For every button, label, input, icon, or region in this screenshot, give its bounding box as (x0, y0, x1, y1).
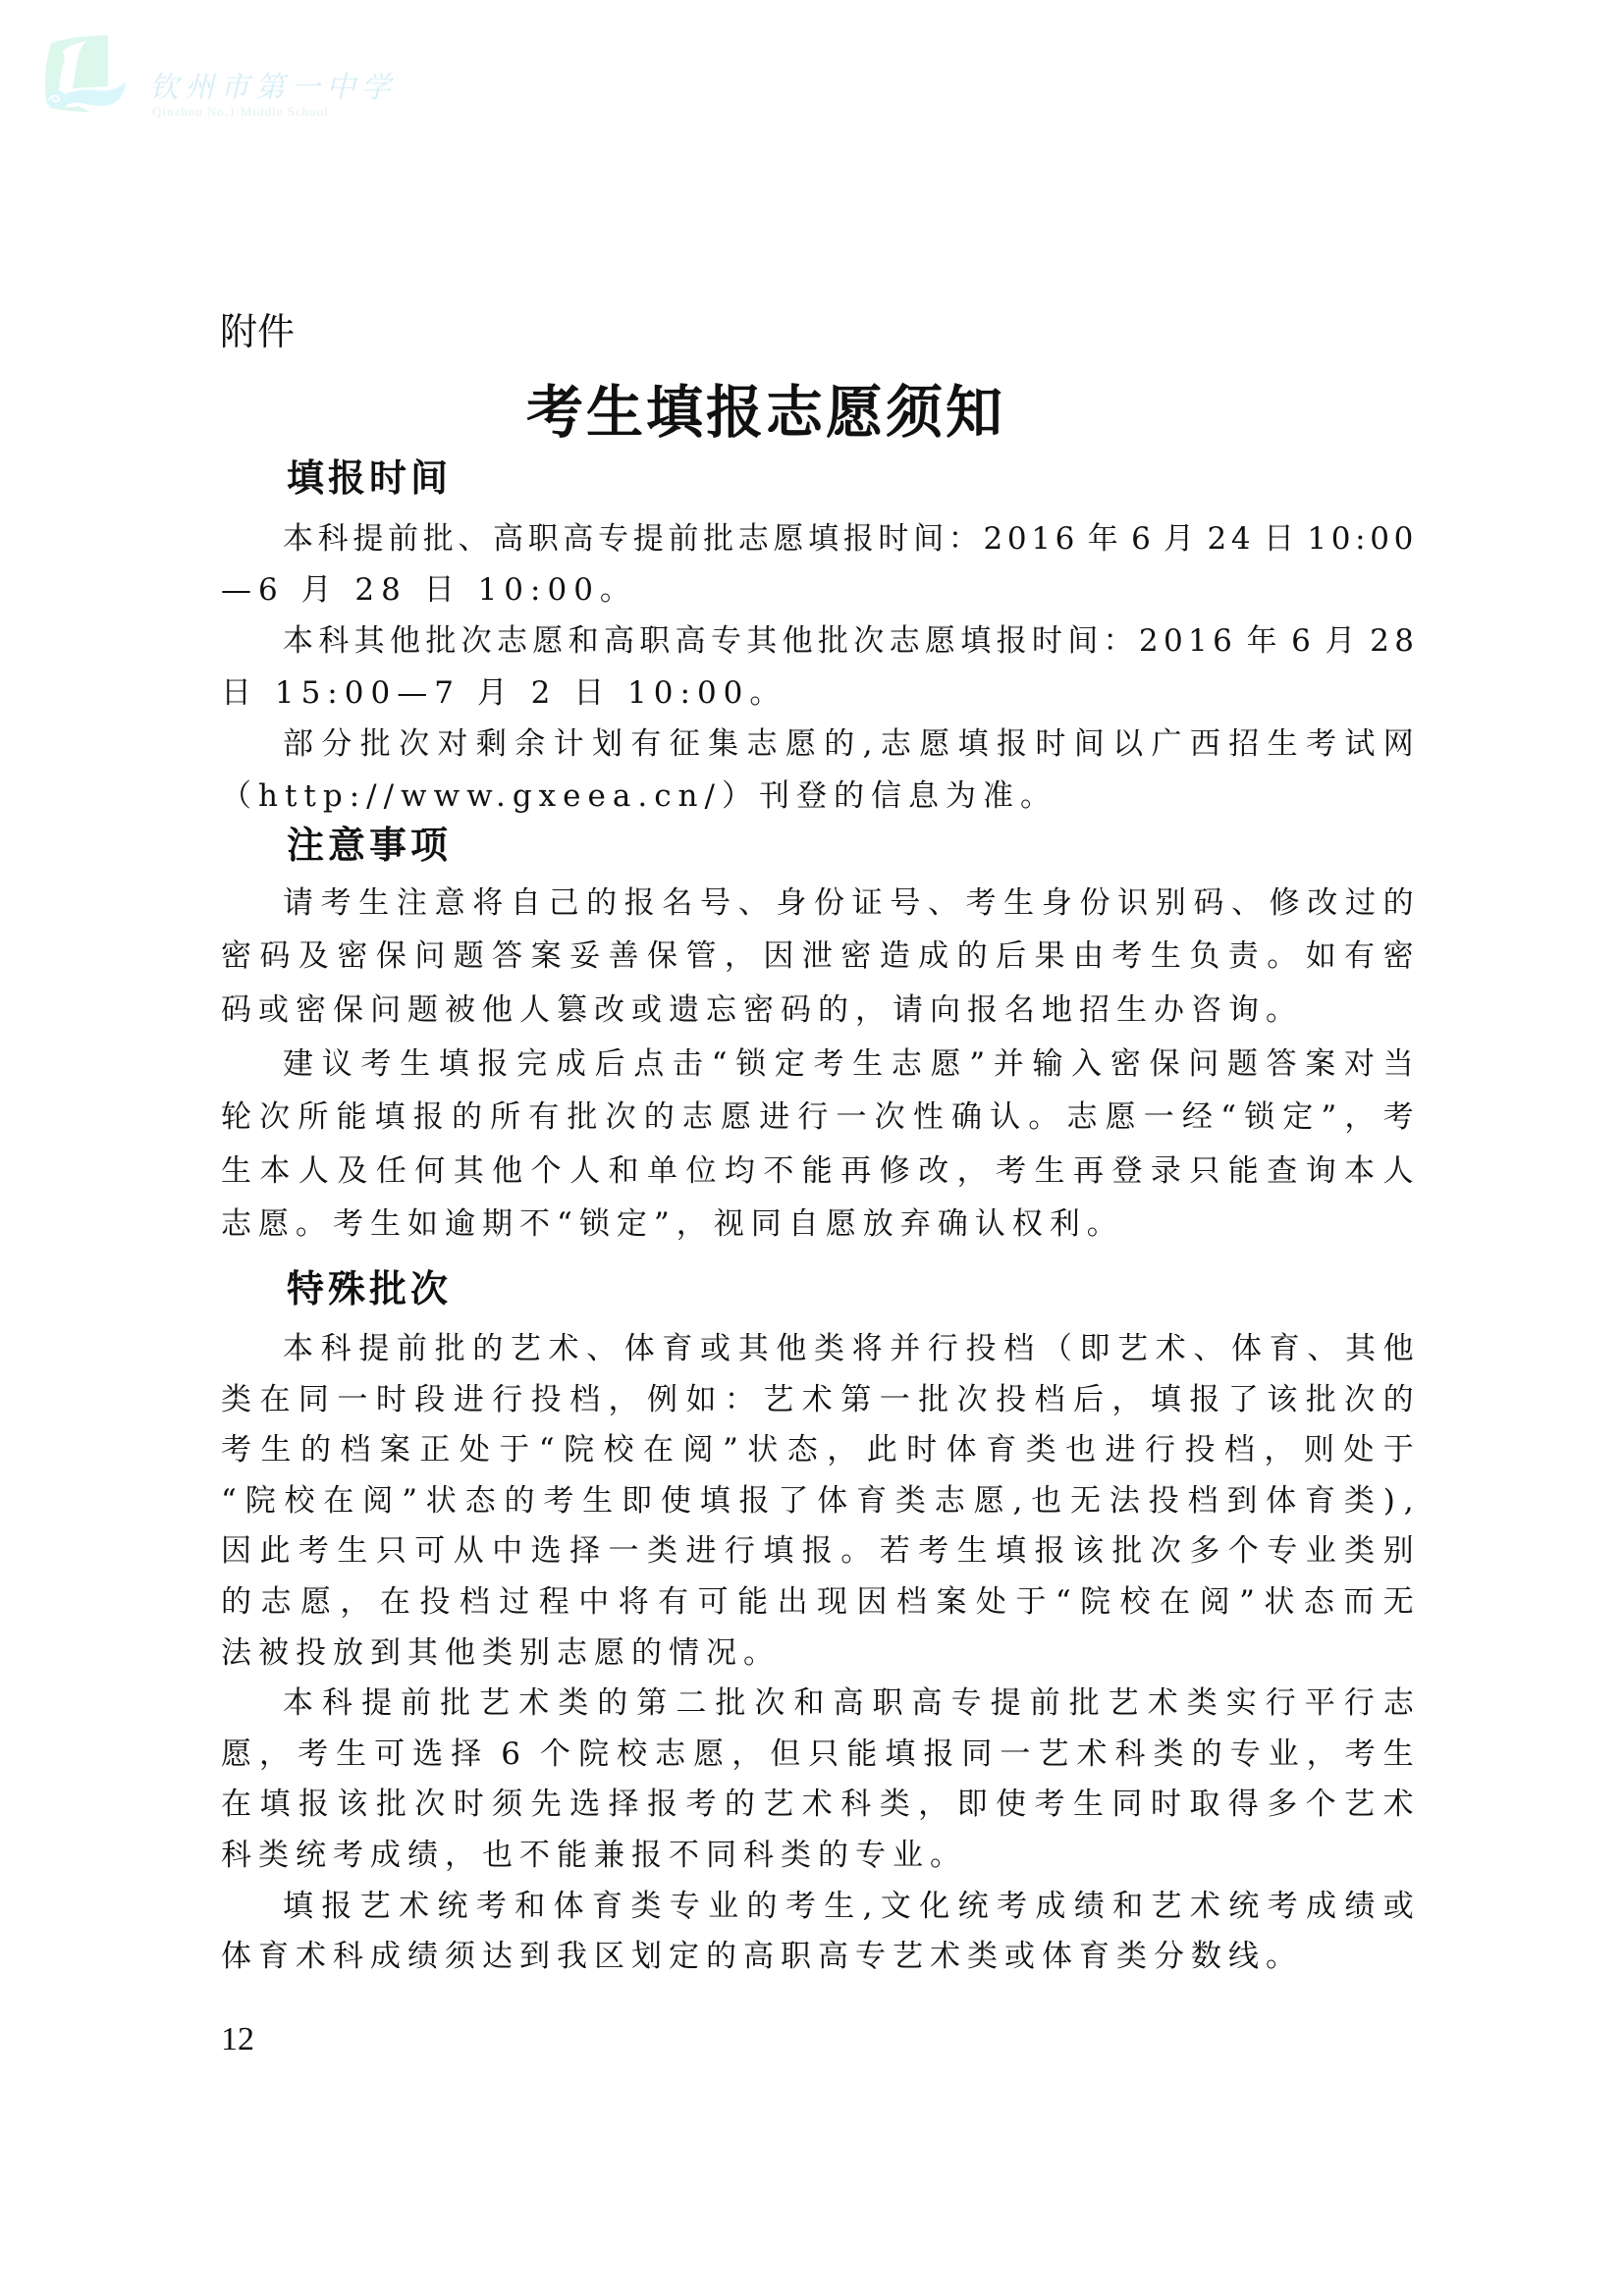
paragraph-line: （http://www.gxeea.cn/）刊登的信息为准。 (221, 774, 1414, 818)
paragraph-line: 生本人及任何其他个人和单位均不能再修改，考生再登录只能查询本人 (221, 1149, 1414, 1193)
paragraph-line: 码或密保问题被他人篡改或遗忘密码的，请向报名地招生办咨询。 (221, 988, 1414, 1032)
attachment-label: 附件 (220, 308, 295, 355)
section-heading-filing-time: 填报时间 (287, 455, 452, 501)
school-name-cn: 钦州市第一中学 (149, 63, 397, 106)
paragraph-line: 请考生注意将自己的报名号、身份证号、考生身份识别码、修改过的 (283, 881, 1414, 925)
section-heading-notes: 注意事项 (287, 823, 452, 868)
paragraph-line: 本科提前批的艺术、体育或其他类将并行投档（即艺术、体育、其他 (283, 1327, 1414, 1370)
paragraph-line: 本科提前批艺术类的第二批次和高职高专提前批艺术类实行平行志 (283, 1682, 1414, 1725)
paragraph-line: 轮次所能填报的所有批次的志愿进行一次性确认。志愿一经“锁定”，考 (221, 1095, 1414, 1139)
school-emblem-icon (39, 35, 134, 114)
paragraph-line: 本科其他批次志愿和高职高专其他批次志愿填报时间：2016 年 6 月 28 (283, 619, 1414, 663)
paragraph-line: 因此考生只可从中选择一类进行填报。若考生填报该批次多个专业类别 (221, 1529, 1414, 1573)
paragraph-line: 法被投放到其他类别志愿的情况。 (221, 1631, 1414, 1675)
school-name-en: Qinzhou No.1 Middle School (152, 104, 329, 120)
school-logo: 钦州市第一中学 Qinzhou No.1 Middle School (39, 35, 378, 124)
paragraph-line: 科类统考成绩，也不能兼报不同科类的专业。 (221, 1834, 1414, 1877)
paragraph-line: “院校在阅”状态的考生即使填报了体育类志愿,也无法投档到体育类), (221, 1479, 1414, 1522)
paragraph-line: 体育术科成绩须达到我区划定的高职高专艺术类或体育类分数线。 (221, 1935, 1414, 1978)
page-number: 12 (221, 2020, 254, 2059)
paragraph-line: 在填报该批次时须先选择报考的艺术科类，即使考生同时取得多个艺术 (221, 1783, 1414, 1826)
paragraph-line: 填报艺术统考和体育类专业的考生,文化统考成绩和艺术统考成绩或 (283, 1885, 1414, 1928)
paragraph-line: 考生的档案正处于“院校在阅”状态，此时体育类也进行投档，则处于 (221, 1428, 1414, 1471)
paragraph-line: 类在同一时段进行投档，例如：艺术第一批次投档后，填报了该批次的 (221, 1378, 1414, 1421)
paragraph-line: —6 月 28 日 10:00。 (221, 568, 1414, 612)
page-title: 考生填报志愿须知 (526, 377, 1005, 448)
section-heading-special-batches: 特殊批次 (287, 1266, 452, 1311)
paragraph-line: 愿，考生可选择 6 个院校志愿，但只能填报同一艺术科类的专业，考生 (221, 1733, 1414, 1776)
paragraph-line: 密码及密保问题答案妥善保管，因泄密造成的后果由考生负责。如有密 (221, 934, 1414, 978)
paragraph-line: 日 15:00—7 月 2 日 10:00。 (221, 671, 1414, 715)
paragraph-line: 部分批次对剩余计划有征集志愿的,志愿填报时间以广西招生考试网 (283, 722, 1414, 766)
paragraph-line: 本科提前批、高职高专提前批志愿填报时间：2016 年 6 月 24 日 10:0… (283, 517, 1414, 561)
paragraph-line: 建议考生填报完成后点击“锁定考生志愿”并输入密保问题答案对当 (283, 1042, 1414, 1086)
paragraph-line: 的志愿，在投档过程中将有可能出现因档案处于“院校在阅”状态而无 (221, 1580, 1414, 1624)
paragraph-line: 志愿。考生如逾期不“锁定”，视同自愿放弃确认权利。 (221, 1202, 1414, 1246)
